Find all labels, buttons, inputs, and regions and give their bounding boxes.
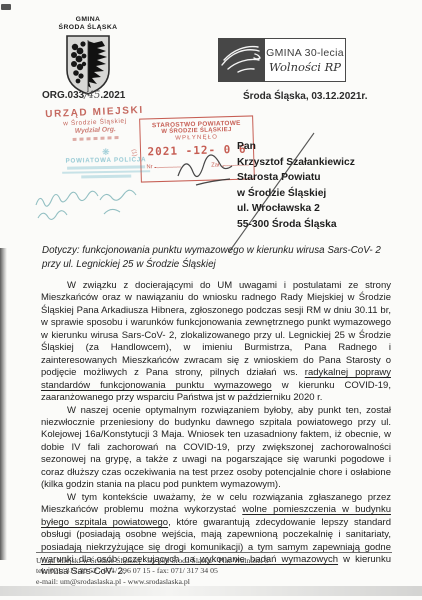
police-stamp: ❋ POWIATOWA POLICJA: [46, 147, 166, 179]
footer-phones: tel.: 071/ 317 30 52 - 071/ 396 07 15 - …: [36, 566, 392, 576]
place-and-date: Środa Śląska, 03.12.2021r.: [243, 91, 368, 102]
paragraph-1: W związku z docierającymi do UM uwagami …: [41, 280, 391, 405]
recipient-line: 55-300 Środa Śląska: [237, 217, 355, 233]
handwritten-note-scribble: [36, 190, 136, 219]
coat-of-arms-caption-line1: GMINA: [54, 16, 122, 24]
subject-line: Dotyczy: funkcjonowania punktu wymazoweg…: [42, 244, 384, 271]
anniversary-logo-text: GMINA 30-lecia Wolności RP: [265, 38, 346, 82]
footer-address: Urząd Miejski w Środzie Śląskiej - 55-30…: [36, 556, 392, 566]
recipient-block: Pan Krzysztof Szałankiewicz Starosta Pow…: [237, 139, 355, 233]
recipient-line: ul. Wrocławska 2: [237, 201, 355, 217]
police-stamp-line1: POWIATOWA POLICJA: [46, 156, 166, 165]
reference-handwritten: /45: [84, 90, 100, 101]
recipient-line: Krzysztof Szałankiewicz: [237, 155, 355, 171]
police-stamp-faded-line: [67, 165, 145, 169]
coat-of-arms-caption-line2: ŚRODA ŚLĄSKA: [54, 24, 122, 32]
recipient-line: w Środzie Śląskiej: [237, 186, 355, 202]
reference-prefix: ORG.033: [42, 90, 84, 101]
scanned-letter-page: GMINA ŚRODA ŚLĄSKA: [0, 0, 422, 600]
anniversary-logo: GMINA 30-lecia Wolności RP: [218, 38, 346, 82]
recipient-line: Starosta Powiatu: [237, 170, 355, 186]
eagle-icon: [218, 38, 265, 82]
recipient-line: Pan: [237, 139, 355, 155]
anniversary-logo-line2: Wolności RP: [269, 60, 341, 74]
city-office-stamp: URZĄD MIEJSKI w Środzie Śląskiej Wydział…: [39, 105, 150, 143]
reference-suffix: .2021: [100, 90, 125, 101]
scan-artifact-corner: [1, 4, 11, 10]
letter-body: W związku z docierającymi do UM uwagami …: [41, 280, 391, 579]
scan-artifact-left-edge: [0, 248, 7, 560]
police-stamp-faded-line: [81, 175, 131, 178]
footer-email-web: e-mail: um@srodaslaska.pl - www.srodasla…: [36, 577, 392, 587]
city-stamp-faded-line: [73, 136, 119, 141]
reference-number: ORG.033/45.2021: [42, 90, 125, 101]
letterhead-footer: Urząd Miejski w Środzie Śląskiej - 55-30…: [36, 552, 392, 587]
coat-of-arms-block: GMINA ŚRODA ŚLĄSKA: [54, 16, 122, 101]
anniversary-logo-line1: GMINA 30-lecia: [266, 47, 344, 59]
paragraph-2: W naszej ocenie optymalnym rozwiązaniem …: [41, 405, 391, 492]
police-stamp-faded-line: [62, 170, 150, 174]
p1-text: W związku z docierającymi do UM uwagami …: [41, 280, 391, 378]
scan-artifact-bottom: [0, 586, 422, 596]
